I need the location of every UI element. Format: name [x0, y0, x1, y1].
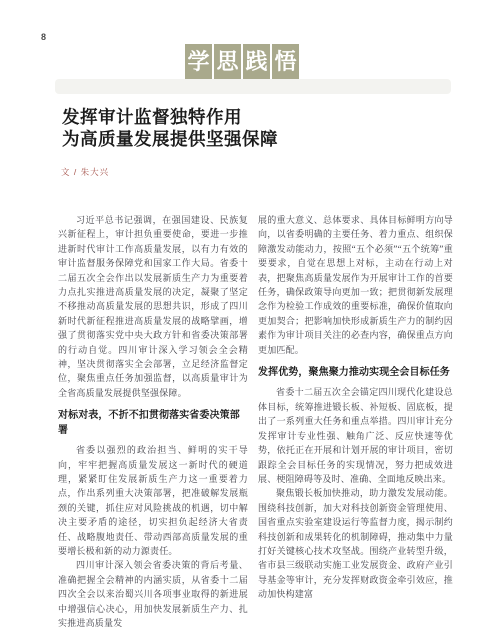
page-number: 8: [41, 32, 46, 42]
body-paragraph: 省委十二届五次全会锚定四川现代化建设总体目标，统筹推进锻长板、补短板、固底板，提…: [258, 385, 453, 486]
body-paragraph: 习近平总书记强调，在强国建设、民族复兴新征程上，审计担负重要使命，要进一步推进新…: [58, 213, 248, 400]
column-banner: 学 思 践 悟: [185, 44, 299, 79]
body-paragraph: 省委以强烈的政治担当、鲜明的实干导向，牢牢把握高质量发展这一新时代的硬道理，紧紧…: [58, 443, 248, 558]
article-title-line2: 为高质量发展提供坚强保障: [62, 128, 278, 150]
banner-char: 悟: [272, 44, 299, 79]
body-paragraph: 聚焦锻长板加快推动，助力激发发展动能。围绕科技创新，加大对科技创新资金管理使用、…: [258, 486, 453, 601]
banner-char: 思: [214, 44, 241, 79]
author-byline: 文 / 朱大兴: [61, 166, 109, 178]
section-heading: 发挥优势，聚焦聚力推动实现全会目标任务: [258, 366, 453, 380]
article-title-line1: 发挥审计监督独特作用: [62, 106, 278, 128]
body-left-column: 习近平总书记强调，在强国建设、民族复兴新征程上，审计担负重要使命，要进一步推进新…: [58, 213, 248, 630]
body-paragraph: 展的重大意义、总体要求、具体目标鲜明方向导向，以省委明确的主要任务、着力重点、组…: [258, 213, 453, 357]
banner-char: 践: [243, 44, 270, 79]
body-paragraph: 四川审计深入领会省委决策的背后考量、准确把握全会精神的内涵实质，从省委十二届四次…: [58, 558, 248, 630]
banner-char: 学: [185, 44, 212, 79]
article-title: 发挥审计监督独特作用 为高质量发展提供坚强保障: [62, 106, 278, 150]
header-divider-band: [55, 79, 451, 94]
section-heading: 对标对表，不折不扣贯彻落实省委决策部署: [58, 409, 248, 438]
body-right-column: 展的重大意义、总体要求、具体目标鲜明方向导向，以省委明确的主要任务、着力重点、组…: [258, 213, 453, 602]
